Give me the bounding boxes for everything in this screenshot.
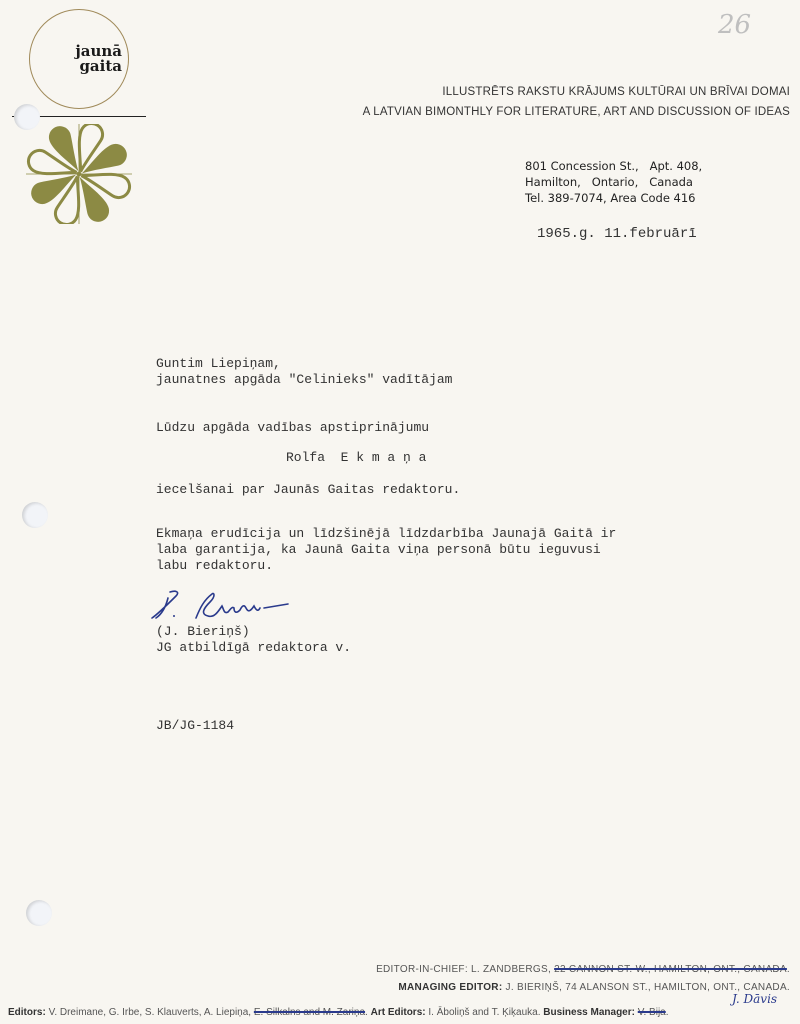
- flower-emblem-icon: [26, 124, 132, 224]
- logo-wordmark: jaunā gaita: [36, 44, 122, 74]
- editors-value: V. Dreimane, G. Irbe, S. Klauverts, A. L…: [49, 1007, 252, 1018]
- punctuation: .: [666, 1007, 669, 1018]
- business-manager-struck: V. Bija: [638, 1007, 666, 1018]
- purpose-line: iecelšanai par Jaunās Gaitas redaktoru.: [156, 482, 460, 498]
- editors-label: Editors:: [8, 1007, 46, 1018]
- logo-line2: gaita: [36, 59, 122, 74]
- punctuation: .: [787, 964, 790, 975]
- page-number-handwritten: 26: [718, 10, 751, 40]
- business-manager-label: Business Manager:: [543, 1007, 635, 1018]
- request-line: Lūdzu apgāda vadības apstiprinājumu: [156, 420, 429, 436]
- footer-editors: Editors: V. Dreimane, G. Irbe, S. Klauve…: [8, 1007, 669, 1018]
- letter-date: 1965.g. 11.februārī: [537, 226, 697, 242]
- tagline-latvian: ILLUSTRĒTS RAKSTU KRĀJUMS KULTŪRAI UN BR…: [442, 86, 790, 98]
- editors-struck: E. Silkalns and M. Zariņa: [254, 1007, 365, 1018]
- handwritten-signature: [148, 588, 318, 624]
- managing-editor-label: MANAGING EDITOR:: [398, 982, 502, 993]
- signer-name: (J. Bieriņš): [156, 624, 250, 640]
- footer-editor-in-chief: EDITOR-IN-CHIEF: L. ZANDBERGS, 22 CANNON…: [376, 964, 790, 975]
- address-line: 801 Concession St., Apt. 408,: [525, 158, 702, 174]
- tagline-english: A LATVIAN BIMONTHLY FOR LITERATURE, ART …: [363, 106, 790, 118]
- editor-in-chief-name: L. ZANDBERGS,: [471, 964, 551, 975]
- art-editors-label: Art Editors:: [371, 1007, 426, 1018]
- recipient-title: jaunatnes apgāda "Celinieks" vadītājam: [156, 372, 452, 388]
- punch-hole: [26, 900, 52, 926]
- business-manager-handwritten: J. Dāvis: [732, 992, 777, 1006]
- address-line: Hamilton, Ontario, Canada: [525, 174, 702, 190]
- address-line: Tel. 389-7074, Area Code 416: [525, 190, 702, 206]
- address-block: 801 Concession St., Apt. 408, Hamilton, …: [525, 158, 702, 206]
- punch-hole: [22, 502, 48, 528]
- punctuation: .: [365, 1007, 368, 1018]
- editor-in-chief-label: EDITOR-IN-CHIEF:: [376, 964, 468, 975]
- nominee-name: Rolfa E k m a ņ a: [286, 450, 426, 466]
- paragraph-line: laba garantija, ka Jaunā Gaita viņa pers…: [156, 542, 601, 558]
- recipient-name: Guntim Liepiņam,: [156, 356, 281, 372]
- editor-in-chief-address-struck: 22 CANNON ST. W., HAMILTON, ONT., CANADA: [554, 964, 787, 975]
- signer-title: JG atbildīgā redaktora v.: [156, 640, 351, 656]
- art-editors-value: I. Āboliņš and T. Ķiķauka.: [428, 1007, 540, 1018]
- reference-number: JB/JG-1184: [156, 718, 234, 734]
- paragraph-line: Ekmaņa erudīcija un līdzšinējā līdzdarbī…: [156, 526, 616, 542]
- paragraph-line: labu redaktoru.: [156, 558, 273, 574]
